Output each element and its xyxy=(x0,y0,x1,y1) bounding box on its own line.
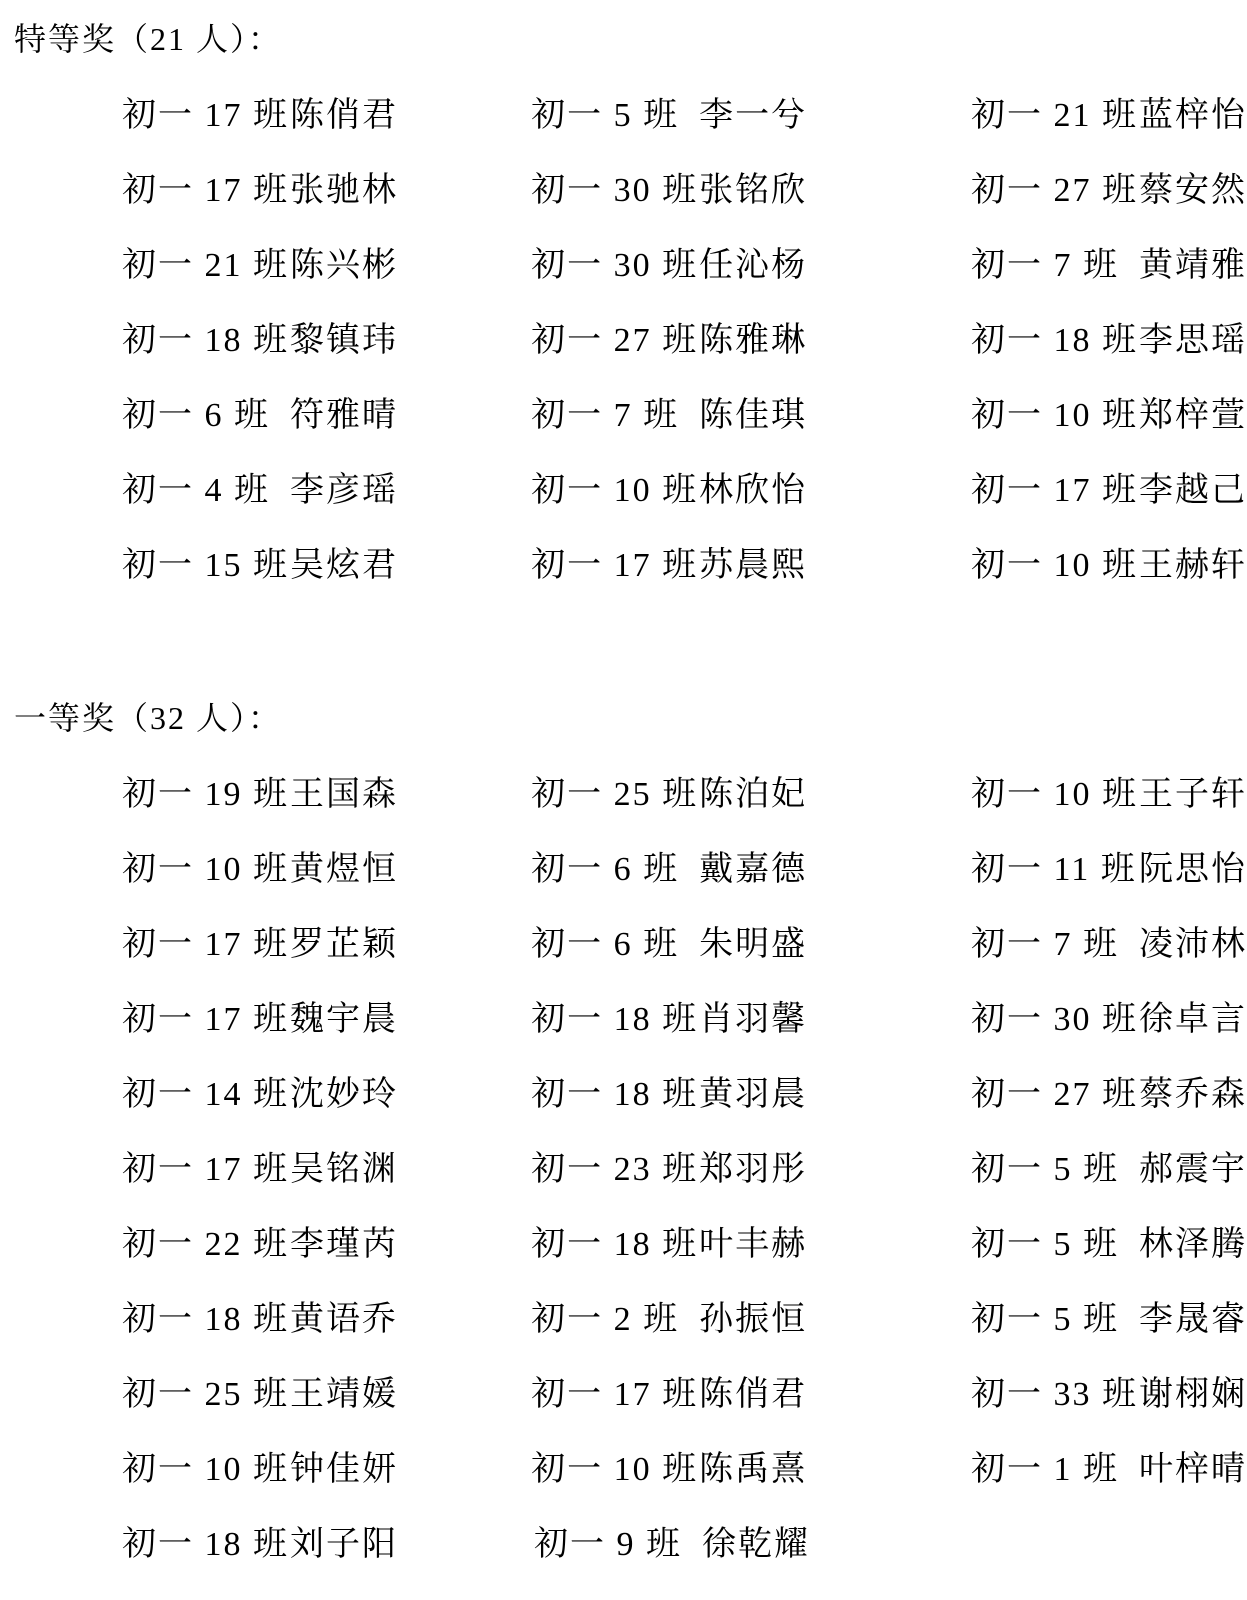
award-document: 特等奖（21 人）： 初一 17 班陈俏君 初一 5 班李一兮 初一 21 班蓝… xyxy=(0,0,1247,1578)
award-section: 特等奖（21 人）： 初一 17 班陈俏君 初一 5 班李一兮 初一 21 班蓝… xyxy=(0,20,1247,599)
award-entry: 初一 10 班王赫轩 xyxy=(929,499,1247,624)
entry-class-label: 初一 18 班 xyxy=(122,1516,290,1565)
section-rows: 初一 19 班王国森 初一 25 班陈泊妃 初一 10 班王子轩 初一 10 班… xyxy=(0,753,1247,1578)
entry-class-label: 初一 9 班 xyxy=(534,1516,702,1565)
award-entry: 初一 17 班苏晨熙 xyxy=(489,499,929,624)
award-entry: 初一 9 班徐乾耀 xyxy=(492,1478,935,1600)
section-rows: 初一 17 班陈俏君 初一 5 班李一兮 初一 21 班蓝梓怡 初一 17 班张… xyxy=(0,74,1247,599)
entry-student-name: 刘子阳 xyxy=(290,1526,398,1563)
entry-class-label: 初一 17 班 xyxy=(531,537,699,586)
entry-student-name: 吴炫君 xyxy=(290,547,398,584)
entry-student-name: 苏晨熙 xyxy=(699,547,807,584)
entry-student-name: 王赫轩 xyxy=(1139,547,1247,584)
award-section: 一等奖（32 人）： 初一 19 班王国森 初一 25 班陈泊妃 初一 10 班… xyxy=(0,699,1247,1578)
award-entry: 初一 1 班叶梓晴 xyxy=(929,1403,1247,1528)
award-entry: 初一 15 班吴炫君 xyxy=(80,499,489,624)
entry-student-name: 叶梓晴 xyxy=(1139,1451,1247,1488)
award-row: 初一 15 班吴炫君 初一 17 班苏晨熙 初一 10 班王赫轩 xyxy=(0,524,1247,599)
entry-student-name: 徐乾耀 xyxy=(702,1526,810,1563)
entry-class-label: 初一 15 班 xyxy=(122,537,290,586)
entry-class-label: 初一 1 班 xyxy=(971,1441,1139,1490)
entry-class-label: 初一 10 班 xyxy=(971,537,1139,586)
award-entry: 初一 18 班刘子阳 xyxy=(80,1478,492,1600)
